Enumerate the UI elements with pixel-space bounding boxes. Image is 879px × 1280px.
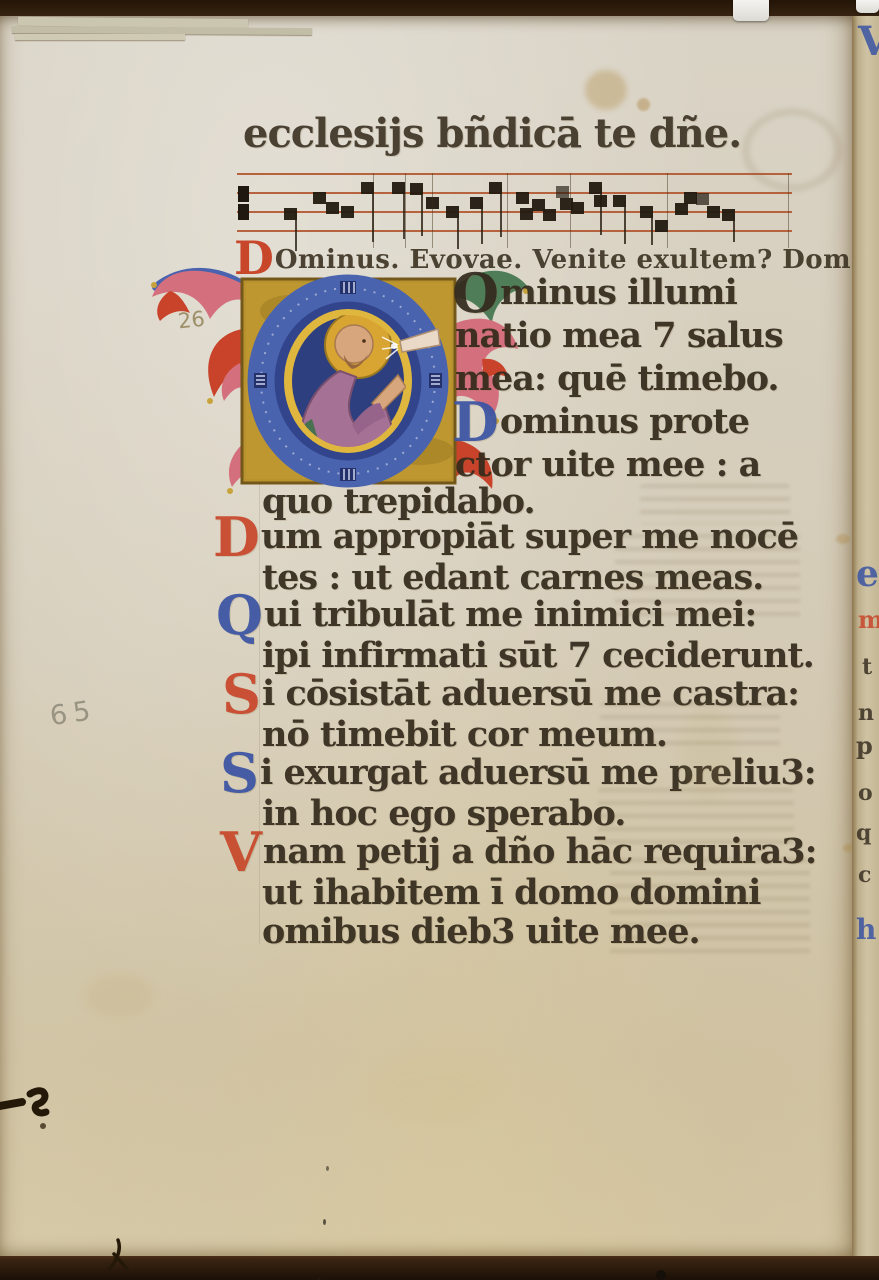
c-clef-block	[238, 204, 249, 220]
psalm-line: natio mea 7 salus	[455, 315, 783, 356]
parchment-stain	[656, 1270, 666, 1280]
header-rubric: ecclesijs bñdicā te dñe.	[243, 110, 741, 157]
versal-initial: V	[220, 820, 261, 884]
showthrough-text	[640, 484, 790, 524]
neume-note	[326, 202, 339, 214]
parchment-stain	[637, 98, 650, 111]
showthrough-text	[598, 788, 794, 850]
versal-initial: Q	[216, 583, 262, 647]
neume-note	[696, 193, 709, 205]
margin-psalm-number: 26	[177, 307, 206, 334]
neume-note	[543, 209, 556, 221]
staff-line	[237, 173, 792, 175]
parchment-stain	[370, 1056, 500, 1122]
neume-stem	[733, 214, 735, 242]
parchment-stain	[836, 534, 850, 544]
parchment-stain	[326, 1166, 329, 1171]
parchment-stain	[84, 974, 154, 1018]
showthrough-text	[610, 858, 810, 958]
facing-page-glyph: t	[862, 656, 872, 678]
psalm-line-text: ctor uite mee : a	[455, 444, 760, 485]
psalm-line: in hoc ego sperabo.	[262, 793, 625, 834]
psalm-line-text: minus illumi	[500, 272, 737, 313]
psalm-line-text: ominus prote	[500, 401, 749, 442]
staff-barline	[667, 173, 668, 248]
psalm-line-text: ipi infirmati sūt 7 ceciderunt.	[262, 635, 814, 676]
neume-stem	[500, 187, 502, 237]
saint-eye	[362, 339, 366, 343]
staff-barline	[405, 173, 406, 248]
showthrough-text	[615, 534, 800, 620]
staff-barline	[432, 173, 433, 248]
parchment-stain	[323, 1219, 326, 1225]
saint-head	[335, 325, 373, 363]
psalm-line-text: in hoc ego sperabo.	[262, 793, 625, 834]
neume-note	[516, 192, 529, 204]
facing-page-glyph: c	[858, 864, 871, 886]
facing-page-glyph: q	[856, 822, 871, 844]
manuscript-photo: ecclesijs bñdicā te dñe. DOminus. Evovae…	[0, 0, 879, 1280]
page-edge-stack	[15, 34, 185, 40]
ink-curl	[30, 1091, 46, 1113]
neume-note	[341, 206, 354, 218]
staff-barline	[373, 173, 374, 248]
neume-note	[571, 202, 584, 214]
margin-folio-number: 65	[48, 695, 98, 732]
staff-line	[237, 230, 792, 232]
versal-initial: S	[222, 662, 260, 726]
psalm-line: ctor uite mee : a	[455, 444, 760, 485]
neume-note	[594, 195, 607, 207]
showthrough-ring	[742, 108, 842, 192]
neume-note	[313, 192, 326, 204]
facing-page-glyph: h	[856, 916, 876, 944]
psalm-line: mea: quē timebo.	[455, 358, 779, 399]
facing-page-glyph: n	[858, 702, 874, 724]
psalm-line-text: mea: quē timebo.	[455, 358, 779, 399]
facing-page-glyph: e	[856, 556, 879, 592]
facing-page-glyph: m	[858, 608, 879, 632]
staff-barline	[570, 173, 571, 248]
facing-page-glyph: o	[858, 782, 873, 804]
neume-stem	[421, 188, 423, 236]
white-clip-corner	[856, 0, 879, 13]
psalm-line: Ominus illumi	[452, 272, 737, 313]
neume-note	[675, 203, 688, 215]
showthrough-text	[600, 702, 780, 754]
light-burst	[391, 343, 397, 349]
staff-barline	[507, 173, 508, 248]
versal-initial: S	[220, 741, 258, 805]
ink-dash	[0, 1102, 22, 1106]
neume-note	[707, 206, 720, 218]
ink-dot	[40, 1123, 46, 1129]
psalm-line: Dominus prote	[452, 401, 749, 442]
ruling-line	[259, 484, 260, 944]
bottom-lambda-mark	[106, 1238, 134, 1272]
psalm-line-text: natio mea 7 salus	[455, 315, 783, 356]
psalm-line: ipi infirmati sūt 7 ceciderunt.	[262, 635, 814, 676]
margin-ink-marks	[0, 1070, 70, 1140]
facing-page-glyph: p	[856, 734, 873, 758]
parchment-stain	[585, 70, 627, 110]
facing-page-fore-edge: Vemtnpoqch	[852, 16, 879, 1256]
parchment-page: ecclesijs bñdicā te dñe. DOminus. Evovae…	[0, 16, 852, 1256]
neume-stem	[481, 202, 483, 244]
neume-stem	[624, 200, 626, 244]
versal-initial: D	[213, 505, 259, 569]
white-clip	[733, 0, 769, 21]
facing-page-glyph: V	[858, 22, 879, 62]
neume-note	[556, 186, 569, 198]
c-clef-block	[238, 186, 249, 202]
